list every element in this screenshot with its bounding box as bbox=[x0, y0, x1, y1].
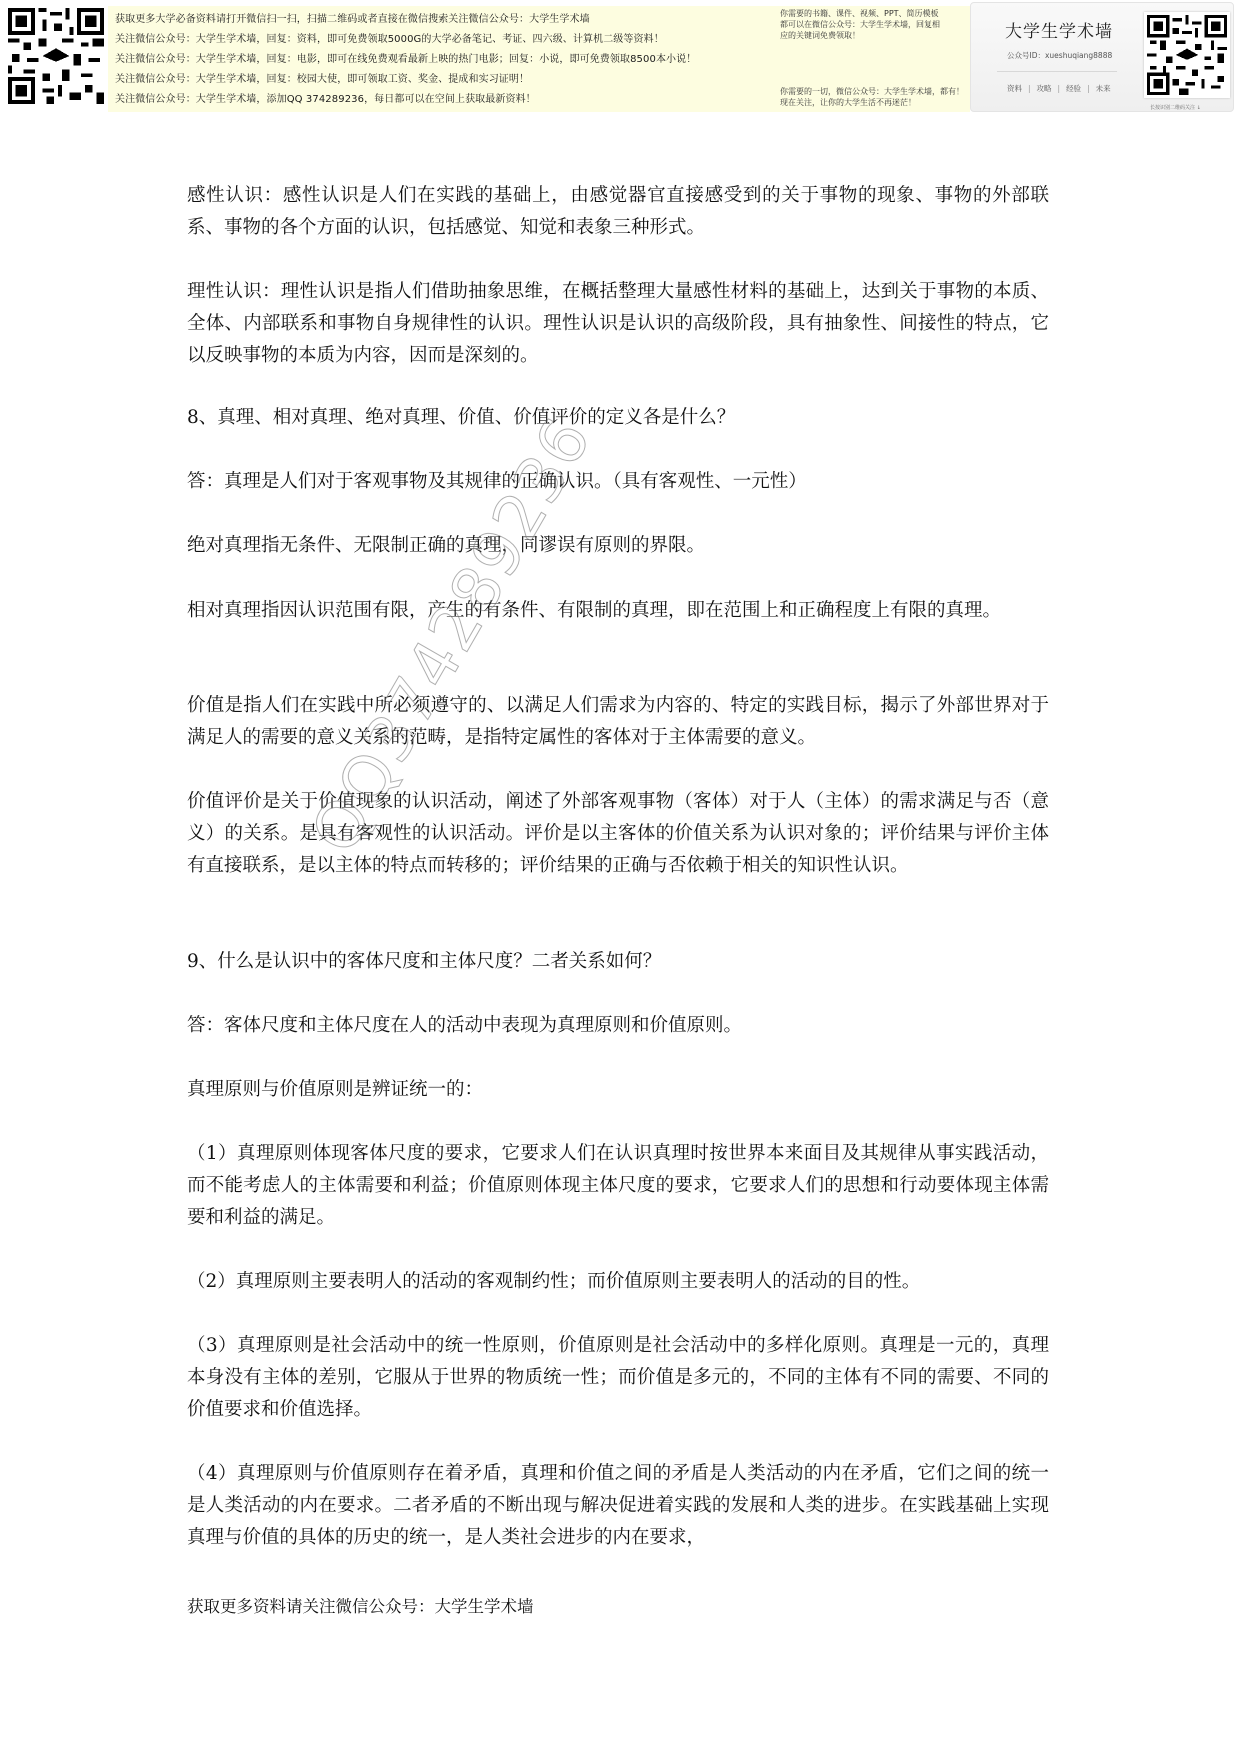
account-name: 大学生学术墙 bbox=[1005, 17, 1113, 42]
card-link-materials[interactable]: 资料 bbox=[1007, 84, 1022, 93]
answer-9: 答：客体尺度和主体尺度在人的活动中表现为真理原则和价值原则。 bbox=[187, 1010, 1049, 1042]
paragraph-dialectical-unity: 真理原则与价值原则是辨证统一的： bbox=[187, 1074, 1049, 1106]
promo-note-line: 现在关注，让你的大学生活不再迷茫！ bbox=[780, 97, 964, 108]
promo-note-line: 你需要的一切，微信公众号：大学生学术墙，都有！ bbox=[780, 86, 964, 97]
card-links: 资料|攻略|经验|未来 bbox=[1007, 83, 1111, 94]
paragraph-absolute-truth: 绝对真理指无条件、无限制正确的真理，同谬误有原则的界限。 bbox=[187, 530, 1049, 562]
card-link-future[interactable]: 未来 bbox=[1096, 84, 1111, 93]
separator: | bbox=[1058, 84, 1061, 93]
promo-lines: 获取更多大学必备资料请打开微信扫一扫，扫描二维码或者直接在微信搜索关注微信公众号… bbox=[115, 10, 696, 110]
paragraph-value-evaluation: 价值评价是关于价值现象的认识活动，阐述了外部客观事物（客体）对于人（主体）的需求… bbox=[187, 786, 1049, 882]
promo-note-line: 应的关键词免费领取！ bbox=[780, 30, 940, 41]
account-id: 公众号ID：xueshuqiang8888 bbox=[1007, 50, 1112, 61]
promo-line: 关注微信公众号：大学生学术墙，回复：电影，即可在线免费观看最新上映的热门电影；回… bbox=[115, 50, 696, 70]
promo-line: 获取更多大学必备资料请打开微信扫一扫，扫描二维码或者直接在微信搜索关注微信公众号… bbox=[115, 10, 696, 30]
paragraph-rational-cognition: 理性认识：理性认识是指人们借助抽象思维，在概括整理大量感性材料的基础上，达到关于… bbox=[187, 276, 1049, 372]
paragraph-relative-truth: 相对真理指因认识范围有限，产生的有条件、有限制的真理，即在范围上和正确程度上有限… bbox=[187, 595, 1049, 627]
separator: | bbox=[1087, 84, 1090, 93]
card-link-experience[interactable]: 经验 bbox=[1066, 84, 1081, 93]
point-1: （1）真理原则体现客体尺度的要求，它要求人们在认识真理时按世界本来面目及其规律从… bbox=[187, 1138, 1049, 1234]
question-9: 9、什么是认识中的客体尺度和主体尺度？二者关系如何？ bbox=[187, 946, 1049, 978]
answer-8-truth: 答：真理是人们对于客观事物及其规律的正确认识。（具有客观性、一元性） bbox=[187, 466, 1049, 498]
qr-code-icon[interactable] bbox=[1144, 12, 1230, 98]
separator: | bbox=[1028, 84, 1031, 93]
footer-note: 获取更多资料请关注微信公众号：大学生学术墙 bbox=[187, 1593, 534, 1617]
promo-line: 关注微信公众号：大学生学术墙，添加QQ 374289236，每日都可以在空间上获… bbox=[115, 90, 696, 110]
qr-caption: 长按识别二维码关注 ↓ bbox=[1150, 104, 1201, 111]
header-banner: 获取更多大学必备资料请打开微信扫一扫，扫描二维码或者直接在微信搜索关注微信公众号… bbox=[0, 0, 1241, 115]
card-divider bbox=[997, 71, 1117, 72]
promo-note-top: 你需要的书籍、课件、视频、PPT、简历模板 都可以在微信公众号：大学生学术墙，回… bbox=[780, 8, 940, 41]
point-2: （2）真理原则主要表明人的活动的客观制约性；而价值原则主要表明人的活动的目的性。 bbox=[187, 1266, 1049, 1298]
promo-note-line: 你需要的书籍、课件、视频、PPT、简历模板 bbox=[780, 8, 940, 19]
promo-line: 关注微信公众号：大学生学术墙，回复：校园大使，即可领取工资、奖金、提成和实习证明… bbox=[115, 70, 696, 90]
paragraph-value: 价值是指人们在实践中所必须遵守的、以满足人们需求为内容的、特定的实践目标，揭示了… bbox=[187, 690, 1049, 754]
qr-code-icon[interactable] bbox=[8, 8, 104, 104]
card-link-guides[interactable]: 攻略 bbox=[1037, 84, 1052, 93]
point-4: （4）真理原则与价值原则存在着矛盾，真理和价值之间的矛盾是人类活动的内在矛盾，它… bbox=[187, 1458, 1049, 1554]
promo-note-bottom: 你需要的一切，微信公众号：大学生学术墙，都有！ 现在关注，让你的大学生活不再迷茫… bbox=[780, 86, 964, 108]
paragraph-perceptual-cognition: 感性认识：感性认识是人们在实践的基础上，由感觉器官直接感受到的关于事物的现象、事… bbox=[187, 180, 1049, 244]
question-8: 8、真理、相对真理、绝对真理、价值、价值评价的定义各是什么？ bbox=[187, 402, 1049, 434]
point-3: （3）真理原则是社会活动中的统一性原则，价值原则是社会活动中的多样化原则。真理是… bbox=[187, 1330, 1049, 1426]
promo-strip: 获取更多大学必备资料请打开微信扫一扫，扫描二维码或者直接在微信搜索关注微信公众号… bbox=[108, 6, 970, 112]
promo-note-line: 都可以在微信公众号：大学生学术墙，回复相 bbox=[780, 19, 940, 30]
promo-line: 关注微信公众号：大学生学术墙，回复：资料，即可免费领取5000G的大学必备笔记、… bbox=[115, 30, 696, 50]
